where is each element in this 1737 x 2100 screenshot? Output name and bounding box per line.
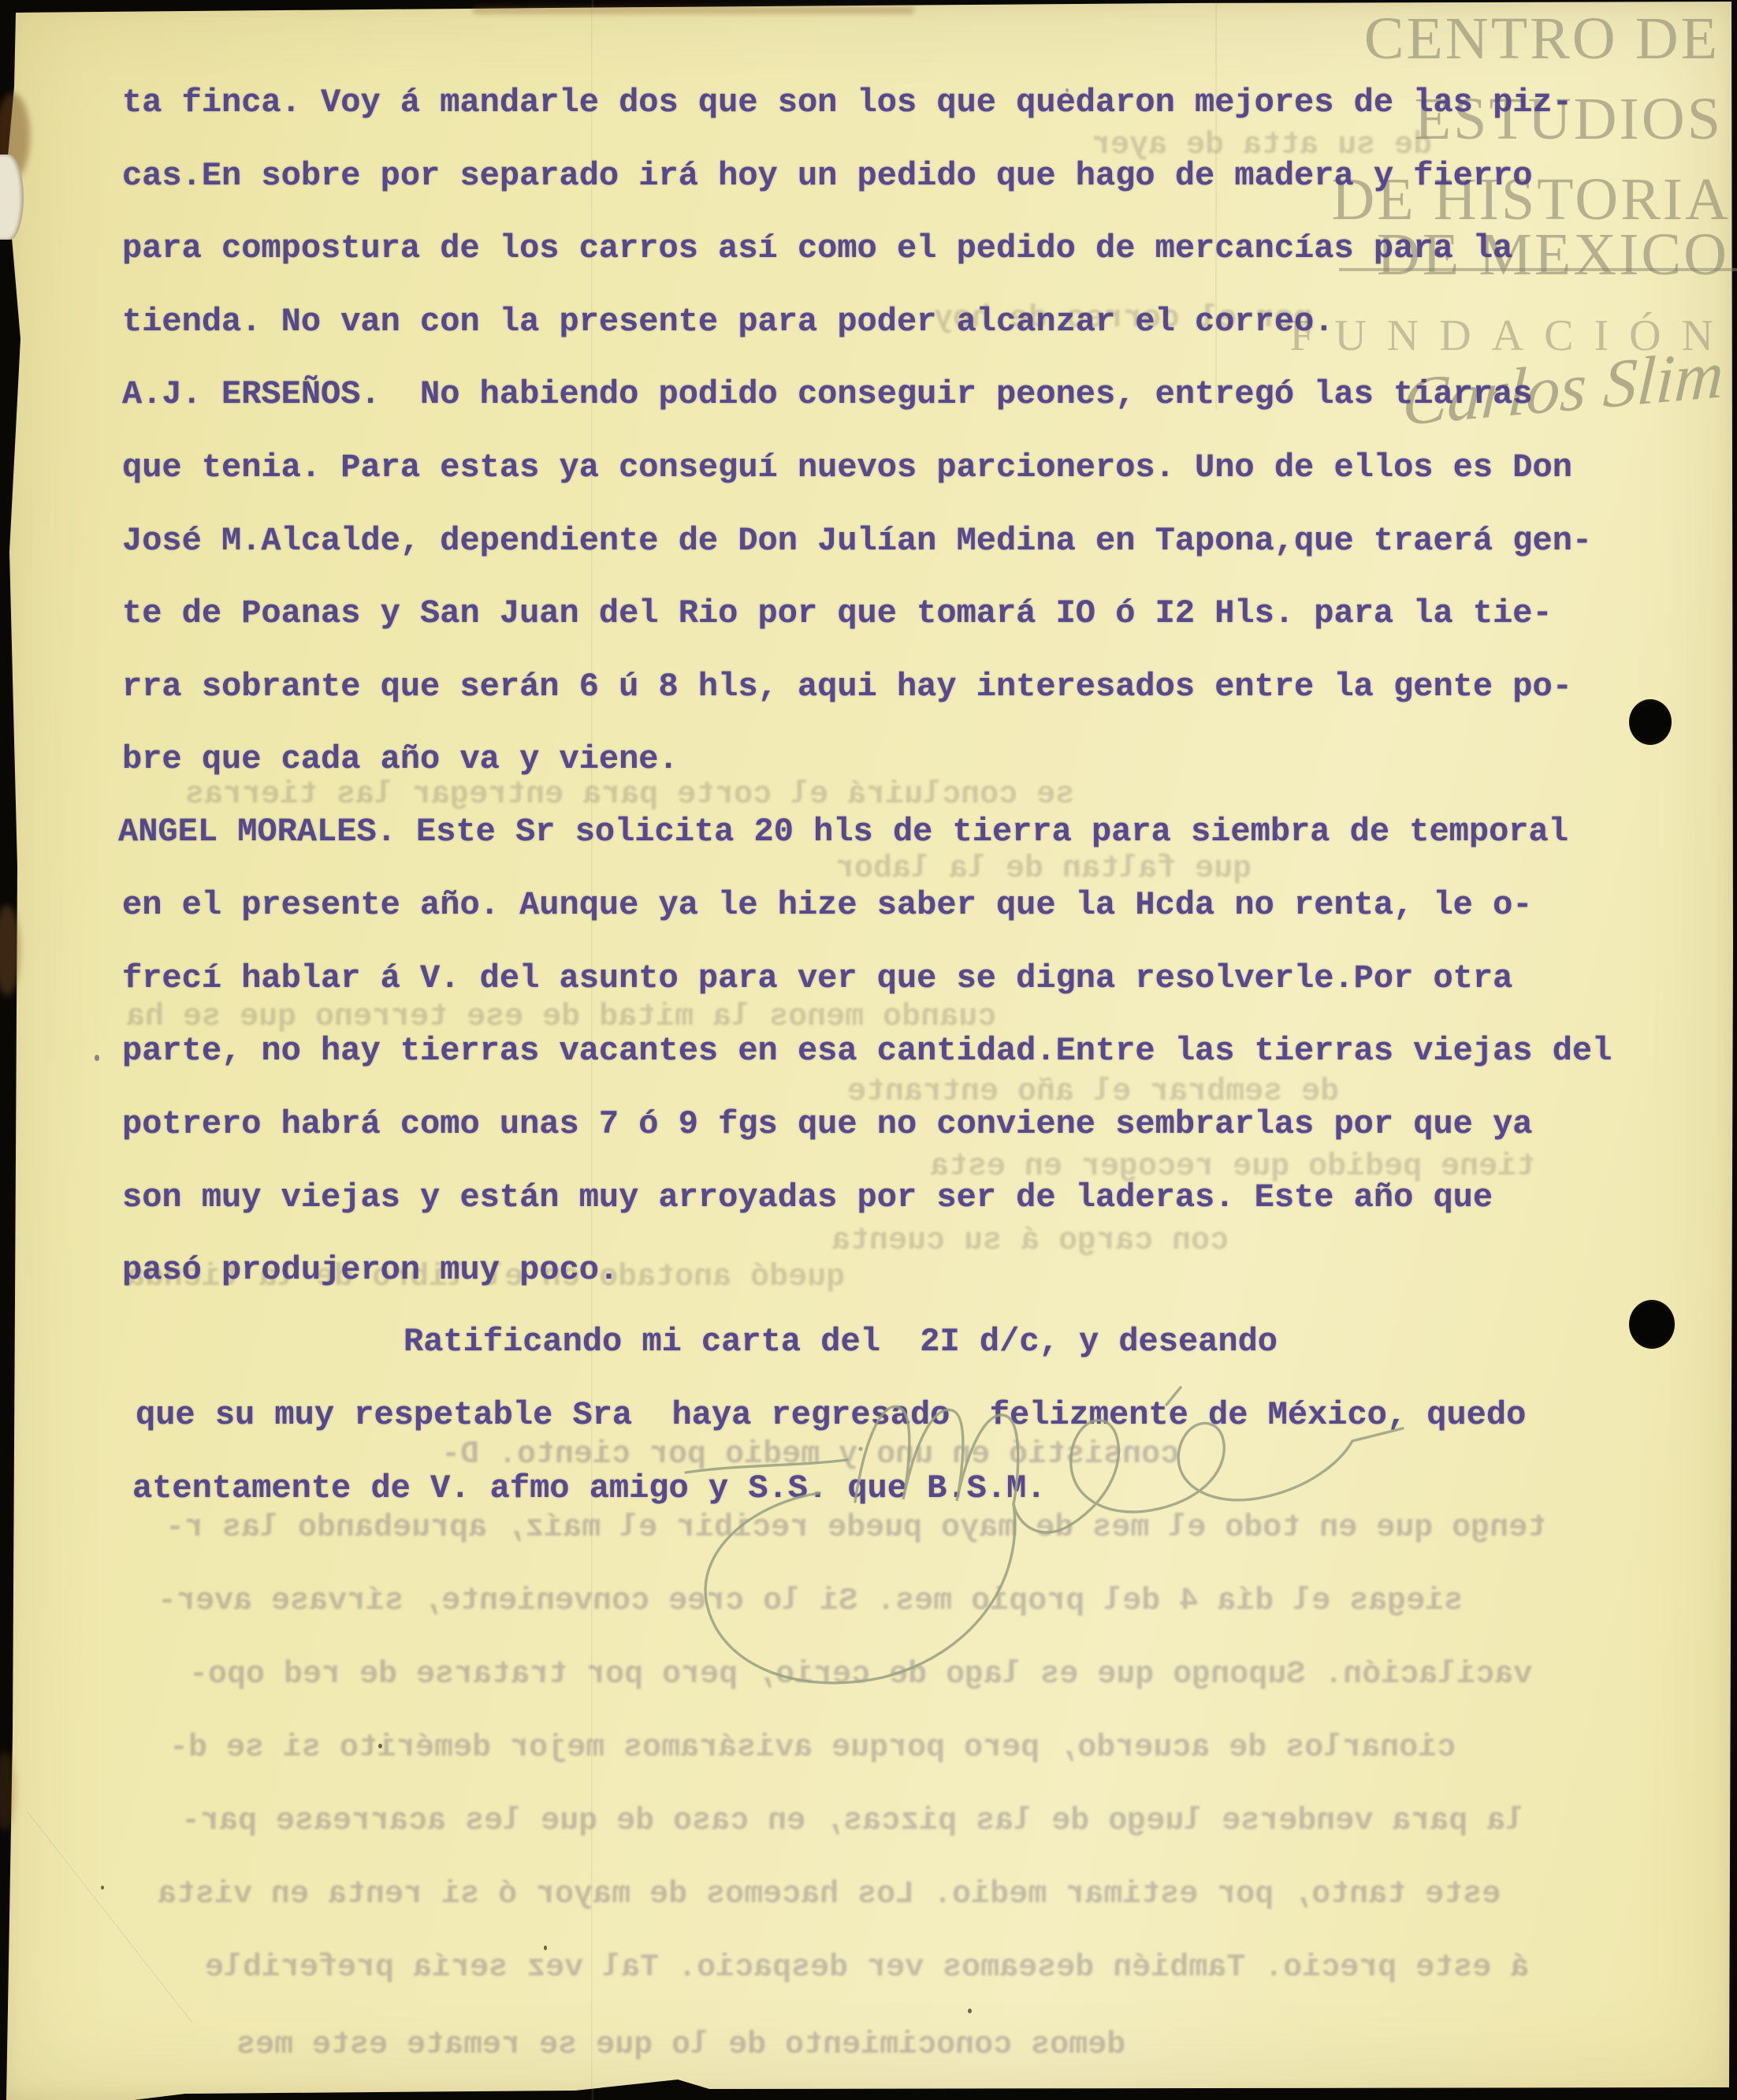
bleedthrough-ghost-line: cuando menos la mitad de ese terreno que… bbox=[126, 1000, 996, 1035]
bleedthrough-ghost-line: se concluirá el corte para entregar las … bbox=[185, 777, 1074, 813]
typed-line-12: en el presente año. Aunque ya le hize sa… bbox=[122, 886, 1533, 924]
typed-line-7: José M.Alcalde, dependiente de Don Julía… bbox=[122, 522, 1592, 560]
handwritten-signature bbox=[662, 1372, 1434, 1726]
typed-line-5: A.J. ERSEÑOS. No habiendo podido consegu… bbox=[122, 375, 1533, 413]
typed-line-1: ta finca. Voy á mandarle dos que son los… bbox=[122, 84, 1572, 121]
punch-hole-1 bbox=[1629, 699, 1672, 745]
bleedthrough-ghost-line: cionarlos de acuerdo, pero porque avisár… bbox=[169, 1730, 1456, 1766]
bleedthrough-ghost-line: á este precio. También deseamos ver desp… bbox=[205, 1950, 1529, 1986]
typed-line-15: potrero habrá como unas 7 ó 9 fgs que no… bbox=[122, 1105, 1533, 1143]
ink-speck bbox=[95, 1055, 99, 1061]
watermark-rule bbox=[1339, 268, 1737, 271]
typed-line-3: para compostura de los carros así como e… bbox=[122, 229, 1512, 267]
typed-line-9: rra sobrante que serán 6 ú 8 hls, aqui h… bbox=[122, 668, 1572, 706]
typed-line-13: frecí hablar á V. del asunto para ver qu… bbox=[122, 959, 1512, 997]
typed-line-6: que tenia. Para estas ya conseguí nuevos… bbox=[122, 449, 1572, 486]
bleedthrough-ghost-line: con cargo á su cuenta bbox=[831, 1223, 1229, 1259]
typed-line-10: bre que cada año va y viene. bbox=[122, 740, 679, 778]
bleedthrough-ghost-line: este tanto, por estimar medio. Los hacem… bbox=[158, 1877, 1501, 1912]
typed-line-14: parte, no hay tierras vacantes en esa ca… bbox=[122, 1032, 1612, 1070]
paper-speck bbox=[968, 2009, 972, 2013]
scanned-letter-page: CENTRO DE ESTUDIOS DE HISTORIA DE MEXICO… bbox=[0, 0, 1737, 2100]
typed-line-17: pasó produjeron muy poco. bbox=[122, 1251, 619, 1289]
typed-line-16: son muy viejas y están muy arroyadas por… bbox=[122, 1178, 1493, 1216]
bleedthrough-ghost-line: demos conocimiento de lo que se remate e… bbox=[236, 2027, 1125, 2063]
typed-line-4: tienda. No van con la presente para pode… bbox=[122, 303, 1333, 341]
punch-hole-2 bbox=[1629, 1300, 1675, 1349]
typed-line-11: ANGEL MORALES. Este Sr solicita 20 hls d… bbox=[118, 813, 1568, 851]
typed-line-8: te de Poanas y San Juan del Rio por que … bbox=[122, 594, 1553, 632]
typed-line-2: cas.En sobre por separado irá hoy un ped… bbox=[122, 157, 1533, 195]
typed-line-18: Ratificando mi carta del 2I d/c, y desea… bbox=[404, 1323, 1278, 1361]
paper-speck bbox=[101, 1886, 104, 1890]
bleedthrough-ghost-line: que faltan de la labor bbox=[835, 851, 1252, 887]
bleedthrough-ghost-line: la para venderse luego de las pizcas, en… bbox=[181, 1804, 1524, 1839]
watermark-line: CENTRO DE bbox=[1364, 5, 1720, 73]
